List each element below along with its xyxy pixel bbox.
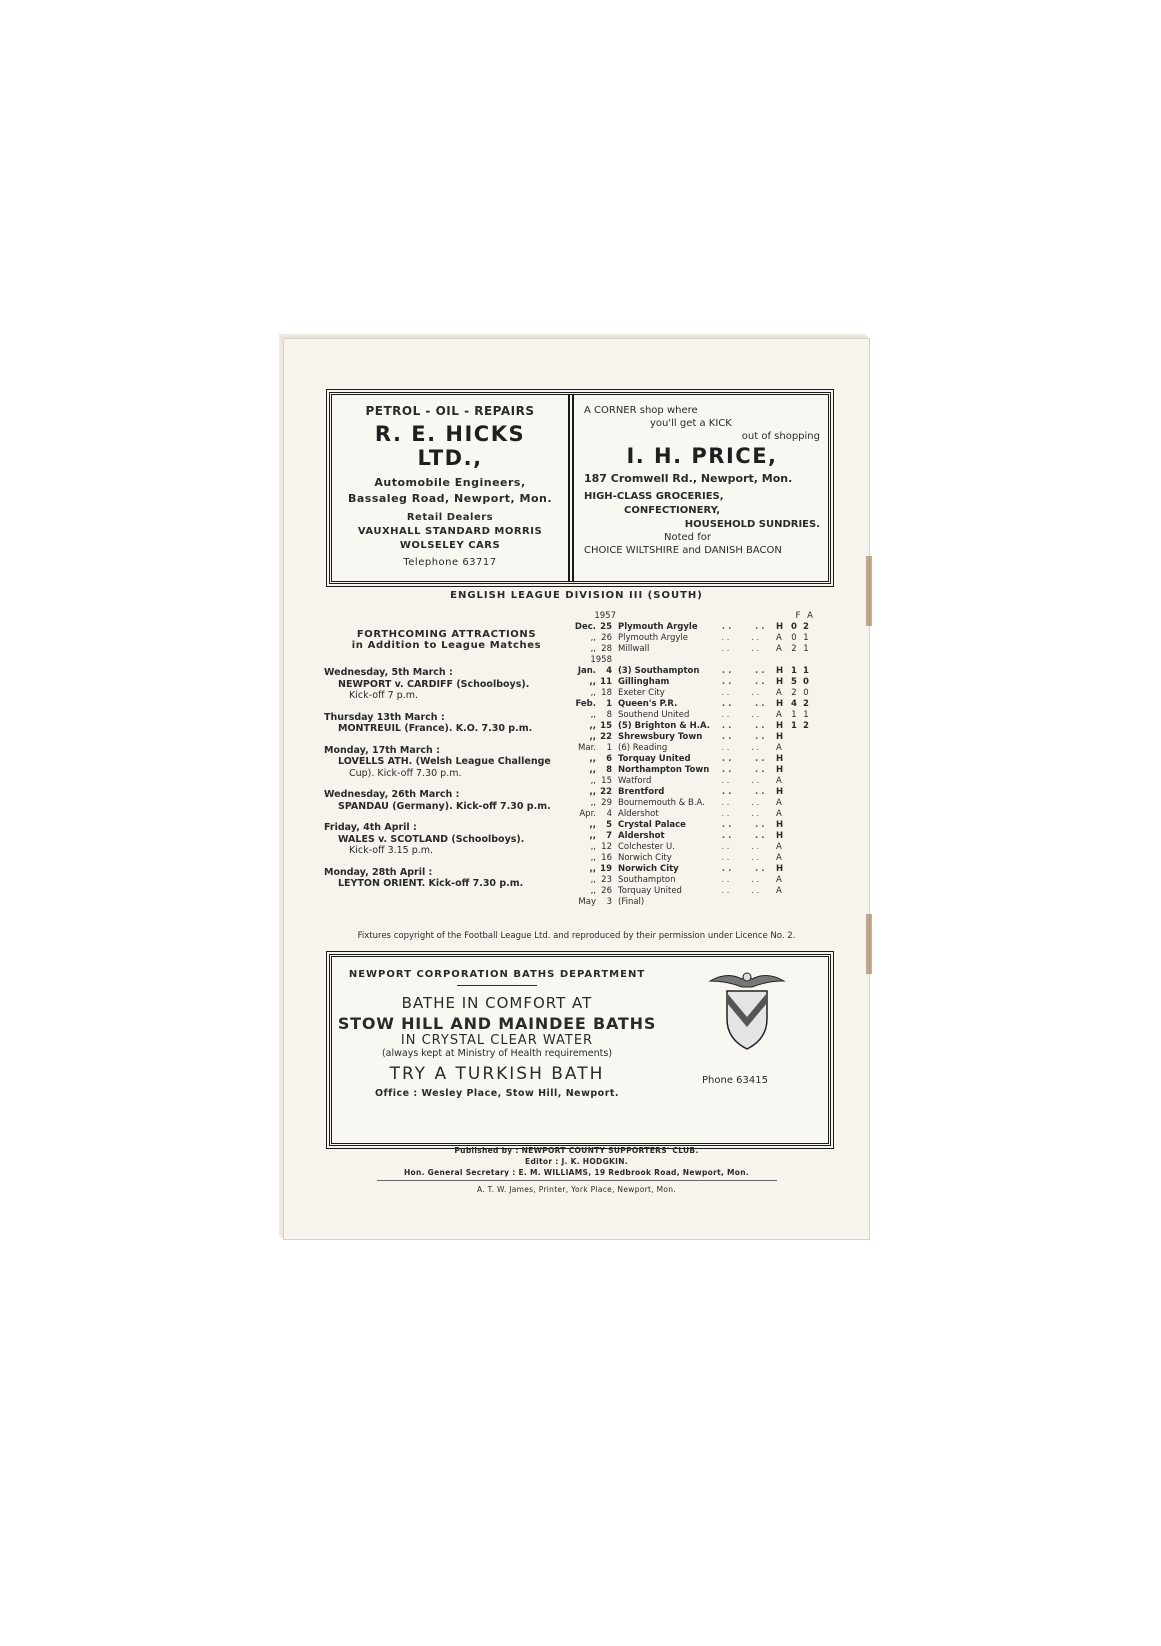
goals-for: 1 [788, 666, 800, 677]
price-line7: Noted for [584, 532, 820, 543]
fixture-venue: A [776, 776, 788, 787]
goals-against: 1 [800, 633, 812, 644]
goals-against [800, 831, 812, 842]
leader-dots: . . . . [716, 644, 776, 655]
fixture-month: May [574, 897, 596, 908]
price-line6: HOUSEHOLD SUNDRIES. [584, 519, 820, 530]
fixture-day: 11 [596, 677, 618, 688]
leader-dots: . . . . [716, 842, 776, 853]
goals-against [800, 787, 812, 798]
fixture-day: 16 [596, 853, 618, 864]
fixture-row: ,,8Southend United . . . .A11 [574, 710, 824, 721]
goals-for [788, 754, 800, 765]
leader-dots [716, 897, 776, 908]
divider [457, 985, 537, 986]
fixture-venue: A [776, 853, 788, 864]
fixture-venue: H [776, 754, 788, 765]
fixture-day: 22 [596, 787, 618, 798]
leader-dots: . . . . [716, 754, 776, 765]
fixture-venue: H [776, 864, 788, 875]
fixture-month: ,, [574, 754, 596, 765]
goals-for: 1 [788, 721, 800, 732]
goals-for [788, 798, 800, 809]
fixture-opponent: Aldershot [618, 809, 716, 820]
fixture-opponent: Torquay United [618, 754, 716, 765]
page-stain [866, 914, 872, 974]
leader-dots: . . . . [716, 853, 776, 864]
attraction-date: Friday, 4th April : [324, 822, 569, 834]
fixture-opponent: Bournemouth & B.A. [618, 798, 716, 809]
price-line3: out of shopping [584, 431, 820, 442]
fixture-month: ,, [574, 633, 596, 644]
fixture-month: ,, [574, 820, 596, 831]
leader-dots: . . . . [716, 765, 776, 776]
fixture-venue: H [776, 787, 788, 798]
price-advert: A CORNER shop where you'll get a KICK ou… [574, 395, 828, 581]
fixture-day: 4 [596, 809, 618, 820]
fixture-venue: A [776, 842, 788, 853]
goals-against [800, 743, 812, 754]
fixture-venue: H [776, 831, 788, 842]
fixture-day: 8 [596, 710, 618, 721]
leader-dots: . . . . [716, 820, 776, 831]
fixture-opponent: Gillingham [618, 677, 716, 688]
fixture-month: ,, [574, 798, 596, 809]
baths-advert-box: NEWPORT CORPORATION BATHS DEPARTMENT BAT… [329, 954, 831, 1146]
hicks-address: Bassaleg Road, Newport, Mon. [340, 492, 560, 505]
column-header-for: F [792, 611, 804, 622]
fixture-day: 15 [596, 776, 618, 787]
fixture-month: ,, [574, 842, 596, 853]
attraction-kickoff: Kick-off 3.15 p.m. [324, 845, 569, 857]
fixture-opponent: Torquay United [618, 886, 716, 897]
goals-for: 0 [788, 622, 800, 633]
hicks-advert: PETROL - OIL - REPAIRS R. E. HICKS LTD.,… [332, 395, 574, 581]
attractions-heading-1: FORTHCOMING ATTRACTIONS [324, 629, 569, 640]
fixture-opponent: Millwall [618, 644, 716, 655]
fixture-venue [776, 897, 788, 908]
goals-for [788, 820, 800, 831]
fixture-month: ,, [574, 853, 596, 864]
fixture-day: 1 [596, 699, 618, 710]
goals-against [800, 875, 812, 886]
hicks-phone: Telephone 63717 [340, 557, 560, 568]
goals-for [788, 765, 800, 776]
fixture-month: ,, [574, 721, 596, 732]
goals-against [800, 776, 812, 787]
goals-for [788, 743, 800, 754]
fixture-month: ,, [574, 886, 596, 897]
goals-against: 2 [800, 699, 812, 710]
fixture-opponent: Plymouth Argyle [618, 622, 716, 633]
goals-for: 2 [788, 644, 800, 655]
editor: Editor : J. K. HODGKIN. [284, 1156, 869, 1167]
leader-dots: . . . . [716, 677, 776, 688]
fixture-row: ,,18Exeter City . . . .A20 [574, 688, 824, 699]
fixture-venue: A [776, 875, 788, 886]
fixture-venue: A [776, 809, 788, 820]
leader-dots: . . . . [716, 743, 776, 754]
fixture-opponent: Shrewsbury Town [618, 732, 716, 743]
fixture-row: Feb.1Queen's P.R. . . . .H42 [574, 699, 824, 710]
attraction-match: LEYTON ORIENT. Kick-off 7.30 p.m. [324, 878, 569, 890]
leader-dots: . . . . [716, 886, 776, 897]
fixture-month: Dec. [574, 622, 596, 633]
goals-for [788, 864, 800, 875]
fixture-opponent: (3) Southampton [618, 666, 716, 677]
goals-for: 0 [788, 633, 800, 644]
goals-for [788, 886, 800, 897]
printer: A. T. W. James, Printer, York Place, New… [284, 1184, 869, 1195]
attraction-item: Wednesday, 5th March : NEWPORT v. CARDIF… [324, 667, 569, 702]
fixture-row: ,,7Aldershot . . . .H [574, 831, 824, 842]
leader-dots: . . . . [716, 776, 776, 787]
attraction-item: Wednesday, 26th March : SPANDAU (Germany… [324, 789, 569, 812]
fixture-day: 4 [596, 666, 618, 677]
leader-dots: . . . . [716, 809, 776, 820]
baths-line5: TRY A TURKISH BATH [332, 1064, 662, 1084]
fixture-opponent: Colchester U. [618, 842, 716, 853]
fixture-month: ,, [574, 864, 596, 875]
attraction-item: Monday, 17th March : LOVELLS ATH. (Welsh… [324, 745, 569, 780]
hicks-tagline: PETROL - OIL - REPAIRS [340, 404, 560, 418]
publisher-info: Published by : NEWPORT COUNTY SUPPORTERS… [284, 1145, 869, 1195]
goals-for: 5 [788, 677, 800, 688]
attraction-match: WALES v. SCOTLAND (Schoolboys). [324, 834, 569, 846]
fixture-day: 25 [596, 622, 618, 633]
fixture-venue: A [776, 688, 788, 699]
attraction-match: MONTREUIL (France). K.O. 7.30 p.m. [324, 723, 569, 735]
price-line1: A CORNER shop where [584, 405, 820, 416]
leader-dots: . . . . [716, 798, 776, 809]
fixture-venue: H [776, 765, 788, 776]
hicks-retail: Retail Dealers [340, 512, 560, 523]
fixture-day: 23 [596, 875, 618, 886]
fixture-venue: H [776, 820, 788, 831]
fixture-row: ,,28Millwall . . . .A21 [574, 644, 824, 655]
fixtures-header-row: 1957 F A [574, 611, 824, 622]
fixture-venue: A [776, 886, 788, 897]
goals-against [800, 765, 812, 776]
fixture-row: Mar.1(6) Reading . . . .A [574, 743, 824, 754]
fixture-row: ,,22Shrewsbury Town . . . .H [574, 732, 824, 743]
fixture-venue: H [776, 677, 788, 688]
fixture-venue: A [776, 798, 788, 809]
price-line2: you'll get a KICK [584, 418, 820, 429]
fixture-venue: H [776, 721, 788, 732]
leader-dots: . . . . [716, 633, 776, 644]
hicks-makes: VAUXHALL STANDARD MORRIS [340, 526, 560, 537]
goals-against [800, 842, 812, 853]
leader-dots: . . . . [716, 864, 776, 875]
fixture-day: 6 [596, 754, 618, 765]
fixture-row: ,,22Brentford . . . .H [574, 787, 824, 798]
attraction-date: Monday, 28th April : [324, 867, 569, 879]
programme-page: PETROL - OIL - REPAIRS R. E. HICKS LTD.,… [283, 338, 870, 1240]
leader-dots: . . . . [716, 875, 776, 886]
fixtures-copyright: Fixtures copyright of the Football Leagu… [284, 931, 869, 941]
goals-against [800, 809, 812, 820]
fixture-row: ,,26Torquay United . . . .A [574, 886, 824, 897]
goals-for [788, 842, 800, 853]
attraction-match: NEWPORT v. CARDIFF (Schoolboys). [324, 679, 569, 691]
attraction-match: SPANDAU (Germany). Kick-off 7.30 p.m. [324, 801, 569, 813]
goals-for [788, 732, 800, 743]
fixture-row: Jan.4(3) Southampton . . . .H11 [574, 666, 824, 677]
baths-line4: (always kept at Ministry of Health requi… [332, 1048, 662, 1059]
fixture-opponent: (6) Reading [618, 743, 716, 754]
goals-for [788, 831, 800, 842]
fixture-opponent: Norwich City [618, 864, 716, 875]
price-line5: CONFECTIONERY, [584, 505, 820, 516]
fixture-opponent: Aldershot [618, 831, 716, 842]
fixture-venue: H [776, 699, 788, 710]
fixture-month: ,, [574, 644, 596, 655]
baths-advert-text: NEWPORT CORPORATION BATHS DEPARTMENT BAT… [332, 957, 662, 1099]
goals-against: 0 [800, 688, 812, 699]
goals-for [788, 809, 800, 820]
league-title: ENGLISH LEAGUE DIVISION III (SOUTH) [284, 590, 869, 601]
published-by: Published by : NEWPORT COUNTY SUPPORTERS… [284, 1145, 869, 1156]
fixture-day: 18 [596, 688, 618, 699]
attraction-item: Thursday 13th March : MONTREUIL (France)… [324, 712, 569, 735]
fixture-venue: H [776, 666, 788, 677]
fixture-row: Apr.4Aldershot . . . .A [574, 809, 824, 820]
attraction-date: Wednesday, 26th March : [324, 789, 569, 801]
fixture-row: ,,23Southampton . . . .A [574, 875, 824, 886]
goals-for [788, 875, 800, 886]
goals-against [800, 897, 812, 908]
goals-against: 1 [800, 644, 812, 655]
fixture-rows: Dec.25Plymouth Argyle . . . .H02,,26Plym… [574, 622, 824, 908]
fixture-opponent: Southend United [618, 710, 716, 721]
goals-against: 2 [800, 622, 812, 633]
attraction-kickoff: Kick-off 7 p.m. [324, 690, 569, 702]
leader-dots: . . . . [716, 831, 776, 842]
fixture-month: ,, [574, 831, 596, 842]
fixture-opponent: Norwich City [618, 853, 716, 864]
leader-dots: . . . . [716, 732, 776, 743]
fixture-opponent: Crystal Palace [618, 820, 716, 831]
baths-line3: IN CRYSTAL CLEAR WATER [332, 1033, 662, 1048]
fixture-day: 29 [596, 798, 618, 809]
hicks-name: R. E. HICKS LTD., [340, 422, 560, 470]
fixtures-table: 1957 F A Dec.25Plymouth Argyle . . . .H0… [574, 611, 824, 908]
price-line4: HIGH-CLASS GROCERIES, [584, 491, 820, 502]
goals-against [800, 886, 812, 897]
goals-for: 1 [788, 710, 800, 721]
fixture-day: 15 [596, 721, 618, 732]
fixture-month: ,, [574, 688, 596, 699]
fixture-opponent: Watford [618, 776, 716, 787]
fixture-day: 28 [596, 644, 618, 655]
fixture-month: ,, [574, 776, 596, 787]
fixture-venue: A [776, 644, 788, 655]
column-header-against: A [804, 611, 816, 622]
fixture-row: ,,15Watford . . . .A [574, 776, 824, 787]
goals-for: 2 [788, 688, 800, 699]
hicks-makes-2: WOLSELEY CARS [340, 540, 560, 551]
fixture-day: 3 [596, 897, 618, 908]
price-name: I. H. PRICE, [584, 444, 820, 468]
fixture-venue: A [776, 710, 788, 721]
baths-line1: BATHE IN COMFORT AT [332, 994, 662, 1012]
fixture-month: ,, [574, 765, 596, 776]
fixture-month: Mar. [574, 743, 596, 754]
year-label: 1958 [574, 655, 618, 666]
goals-against [800, 732, 812, 743]
attraction-item: Friday, 4th April : WALES v. SCOTLAND (S… [324, 822, 569, 857]
goals-for [788, 853, 800, 864]
fixture-month: Feb. [574, 699, 596, 710]
leader-dots: . . . . [716, 710, 776, 721]
fixture-opponent: Exeter City [618, 688, 716, 699]
goals-against: 2 [800, 721, 812, 732]
price-address: 187 Cromwell Rd., Newport, Mon. [584, 472, 820, 485]
fixture-row: ,,16Norwich City . . . .A [574, 853, 824, 864]
attraction-kickoff: Cup). Kick-off 7.30 p.m. [324, 768, 569, 780]
baths-heading: NEWPORT CORPORATION BATHS DEPARTMENT [332, 969, 662, 980]
fixture-day: 12 [596, 842, 618, 853]
goals-against [800, 820, 812, 831]
leader-dots: . . . . [716, 699, 776, 710]
fixture-opponent: (5) Brighton & H.A. [618, 721, 716, 732]
forthcoming-attractions: FORTHCOMING ATTRACTIONS in Addition to L… [324, 629, 569, 900]
fixture-row: ,,5Crystal Palace . . . .H [574, 820, 824, 831]
hicks-line1: Automobile Engineers, [340, 476, 560, 489]
divider [377, 1180, 777, 1181]
fixture-day: 1 [596, 743, 618, 754]
fixture-day: 5 [596, 820, 618, 831]
year-label: 1957 [574, 611, 622, 622]
fixture-row: May3(Final) [574, 897, 824, 908]
leader-dots: . . . . [716, 666, 776, 677]
goals-for [788, 776, 800, 787]
fixture-month: ,, [574, 710, 596, 721]
baths-line2: STOW HILL AND MAINDEE BATHS [332, 1014, 662, 1033]
fixture-opponent: Queen's P.R. [618, 699, 716, 710]
fixture-month: ,, [574, 732, 596, 743]
fixture-day: 26 [596, 633, 618, 644]
fixture-day: 19 [596, 864, 618, 875]
goals-against: 1 [800, 666, 812, 677]
fixture-venue: A [776, 743, 788, 754]
fixture-opponent: Southampton [618, 875, 716, 886]
fixture-opponent: Plymouth Argyle [618, 633, 716, 644]
fixture-row: ,,26Plymouth Argyle . . . .A01 [574, 633, 824, 644]
goals-against [800, 853, 812, 864]
fixture-row: ,,19Norwich City . . . .H [574, 864, 824, 875]
fixture-day: 7 [596, 831, 618, 842]
top-advert-box: PETROL - OIL - REPAIRS R. E. HICKS LTD.,… [329, 392, 831, 584]
fixture-month: Apr. [574, 809, 596, 820]
year-row: 1958 [574, 655, 824, 666]
fixture-row: ,,6Torquay United . . . .H [574, 754, 824, 765]
goals-against: 1 [800, 710, 812, 721]
goals-for [788, 787, 800, 798]
goals-against: 0 [800, 677, 812, 688]
attraction-date: Thursday 13th March : [324, 712, 569, 724]
fixture-row: ,,8Northampton Town . . . .H [574, 765, 824, 776]
attraction-date: Monday, 17th March : [324, 745, 569, 757]
baths-phone: Phone 63415 [702, 1075, 768, 1086]
baths-office: Office : Wesley Place, Stow Hill, Newpor… [332, 1088, 662, 1099]
fixture-venue: H [776, 732, 788, 743]
fixture-row: ,,29Bournemouth & B.A. . . . .A [574, 798, 824, 809]
fixture-day: 22 [596, 732, 618, 743]
fixture-day: 26 [596, 886, 618, 897]
leader-dots: . . . . [716, 787, 776, 798]
fixture-opponent: Northampton Town [618, 765, 716, 776]
newport-coat-of-arms-icon [702, 967, 792, 1057]
fixture-day: 8 [596, 765, 618, 776]
fixture-month: ,, [574, 677, 596, 688]
fixture-venue: A [776, 633, 788, 644]
leader-dots: . . . . [716, 721, 776, 732]
fixture-opponent: (Final) [618, 897, 716, 908]
fixture-venue: H [776, 622, 788, 633]
fixture-month: ,, [574, 875, 596, 886]
leader-dots: . . . . [716, 688, 776, 699]
attractions-heading: FORTHCOMING ATTRACTIONS in Addition to L… [324, 629, 569, 651]
attraction-match: LOVELLS ATH. (Welsh League Challenge [324, 756, 569, 768]
attractions-heading-2: in Addition to League Matches [324, 640, 569, 651]
attraction-item: Monday, 28th April : LEYTON ORIENT. Kick… [324, 867, 569, 890]
goals-against [800, 798, 812, 809]
fixture-month: ,, [574, 787, 596, 798]
fixture-opponent: Brentford [618, 787, 716, 798]
fixture-month: Jan. [574, 666, 596, 677]
goals-for [788, 897, 800, 908]
price-line8: CHOICE WILTSHIRE and DANISH BACON [584, 545, 820, 556]
goals-against [800, 864, 812, 875]
leader-dots: . . . . [716, 622, 776, 633]
fixture-row: ,,11Gillingham . . . .H50 [574, 677, 824, 688]
goals-for: 4 [788, 699, 800, 710]
attraction-date: Wednesday, 5th March : [324, 667, 569, 679]
fixture-row: ,,12Colchester U. . . . .A [574, 842, 824, 853]
general-secretary: Hon. General Secretary : E. M. WILLIAMS,… [284, 1167, 869, 1178]
fixture-row: ,,15(5) Brighton & H.A. . . . .H12 [574, 721, 824, 732]
goals-against [800, 754, 812, 765]
fixture-row: Dec.25Plymouth Argyle . . . .H02 [574, 622, 824, 633]
